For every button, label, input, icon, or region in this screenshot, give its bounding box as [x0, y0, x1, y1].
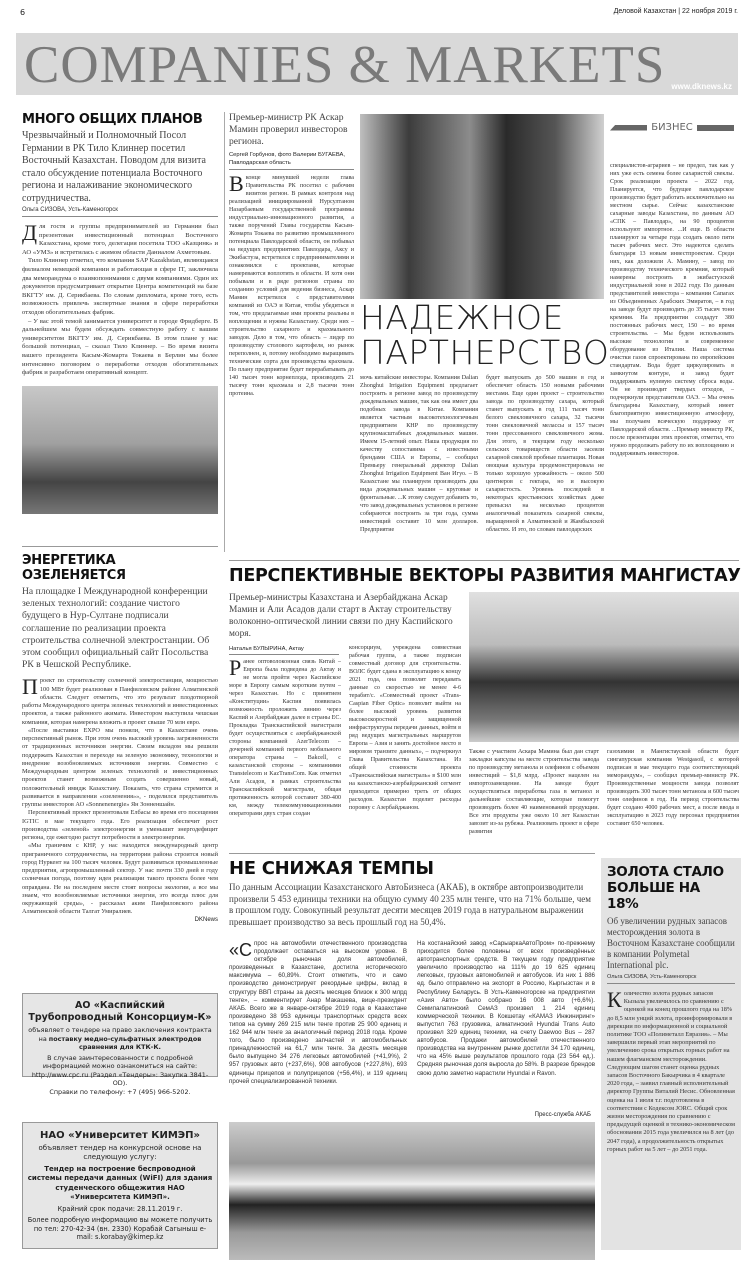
website-link[interactable]: www.dknews.kz [671, 82, 732, 91]
rubric-label: БИЗНЕС [610, 122, 734, 133]
ad-text: объявляет тендер на конкурсной основе на… [27, 1144, 213, 1162]
ad-contact: Более подробную информацию вы можете пол… [27, 1216, 213, 1242]
article-body-col1: «Спрос на автомобили отечественного прои… [229, 940, 407, 1110]
source: DKNews [22, 917, 218, 923]
headline: ЭНЕРГЕТИКА ОЗЕЛЕНЯЕТСЯ [22, 553, 218, 583]
ad-kimep: НАО «Университет КИМЭП» объявляет тендер… [22, 1122, 218, 1249]
publication-info: Деловой Казахстан | 22 ноября 2019 г. [614, 8, 738, 15]
byline: Ольга СИЗОВА, Усть-Каменогорск [22, 207, 218, 217]
headline: ЗОЛОТА СТАЛО БОЛЬШЕ НА 18% [607, 864, 735, 912]
lede: Премьер-министр РК Аскар Мамин проверил … [229, 112, 354, 148]
article-body-col1: Ранее оптоволоконная связь Китай – Европ… [229, 658, 341, 846]
dropcap: П [22, 678, 38, 696]
photo-ambassador [22, 386, 218, 514]
column-divider [224, 112, 225, 552]
article-body-col3: будет выпускать до 500 машин в год и обе… [486, 374, 604, 554]
ad-company: АО «Каспийский Трубопроводный Консорциум… [27, 1000, 213, 1024]
lede: По данным Ассоциации Казахстанского Авто… [229, 882, 595, 928]
ad-details: В случае заинтересованности с подробной … [27, 1054, 213, 1088]
ad-company: НАО «Университет КИМЭП» [27, 1129, 213, 1142]
article-partner: Премьер-министр РК Аскар Мамин проверил … [229, 112, 739, 557]
article-mangistau: ПЕРСПЕКТИВНЫЕ ВЕКТОРЫ РАЗВИТИЯ МАНГИСТАУ… [229, 566, 739, 851]
article-gold: ЗОЛОТА СТАЛО БОЛЬШЕ НА 18% Об увеличении… [601, 858, 741, 1250]
ad-text-bold: Тендер на построение беспроводной систем… [27, 1165, 213, 1202]
article-energy: ЭНЕРГЕТИКА ОЗЕЛЕНЯЕТСЯ На площадке I Меж… [22, 553, 218, 923]
photo-cars-factory [229, 1122, 595, 1260]
rubric-bar-right [697, 125, 734, 131]
dropcap: Р [229, 659, 241, 677]
article-body-col2: мочь китайские инвесторы. Компания Dalia… [360, 374, 478, 554]
article-plans: МНОГО ОБЩИХ ПЛАНОВ Чрезвычайный и Полном… [22, 112, 218, 514]
divider [22, 546, 218, 547]
dropcap: В [229, 175, 244, 193]
article-tempo: НЕ СНИЖАЯ ТЕМПЫ По данным Ассоциации Каз… [229, 858, 595, 1278]
article-body-col4: газохимии в Мангистауской области будет … [607, 748, 739, 848]
ad-phone: Справки по телефону: +7 (495) 966-5202. [27, 1088, 213, 1097]
article-body-col3: Также с участием Аскара Мамина был дан с… [469, 748, 599, 848]
ad-text-bold: поставку медно-сульфатных электродов сра… [49, 1035, 202, 1052]
article-body-col2: На костанайский завод «СарыаркаАвтоПром»… [417, 940, 595, 1110]
source: Пресс-служба АКАБ [535, 1112, 591, 1118]
byline: Наталья БУЛЫРИНА, Актау [229, 646, 339, 655]
section-title: COMPANIES & MARKETS [24, 35, 665, 95]
ad-ktk: АО «Каспийский Трубопроводный Консорциум… [22, 993, 218, 1077]
divider [229, 853, 595, 854]
byline: Ольга СИЗОВА, Усть-Каменогорск [607, 974, 735, 984]
headline: НАДЕЖНОЕ ПАРТНЕРСТВО [360, 300, 604, 370]
dropcap: Д [22, 224, 37, 242]
article-body: Для гостя и группы предпринимателей из Г… [22, 223, 218, 378]
headline: МНОГО ОБЩИХ ПЛАНОВ [22, 112, 218, 127]
ad-deadline: Крайний срок подачи: 28.11.2019 г. [27, 1205, 213, 1214]
headline: НЕ СНИЖАЯ ТЕМПЫ [229, 858, 595, 879]
lede: Чрезвычайный и Полномочный Посол Германи… [22, 130, 218, 205]
lede: Об увеличении рудных запасов месторожден… [607, 916, 735, 971]
byline: Сергей Горбунов, фото Валерии БУГАЕВА, П… [229, 152, 354, 170]
page-number: 6 [20, 8, 25, 17]
article-body-col2: консорциум, учреждена совместная рабочая… [349, 644, 461, 846]
dropcap: К [607, 991, 622, 1009]
article-body: Количество золота рудных запасов Кызыла … [607, 990, 735, 1154]
article-body: Проект по строительству солнечной электр… [22, 677, 218, 916]
photo-mangistau-delegation [469, 592, 739, 742]
headline: ПЕРСПЕКТИВНЫЕ ВЕКТОРЫ РАЗВИТИЯ МАНГИСТАУ [229, 566, 739, 586]
photo-mamin-handshake [360, 114, 604, 299]
dropcap: «С [229, 941, 252, 959]
rubric-bar-left [610, 125, 647, 131]
lede: На площадке I Международной конференции … [22, 586, 218, 671]
article-body-col1: Вконце минувшей недели глава Правительст… [229, 174, 354, 554]
lede: Премьер-министры Казахстана и Азербайджа… [229, 592, 461, 640]
masthead: COMPANIES & MARKETS www.dknews.kz [16, 33, 738, 95]
divider [229, 560, 739, 561]
article-body-col4: специалистов-аграриев – не предел, так к… [610, 162, 734, 554]
